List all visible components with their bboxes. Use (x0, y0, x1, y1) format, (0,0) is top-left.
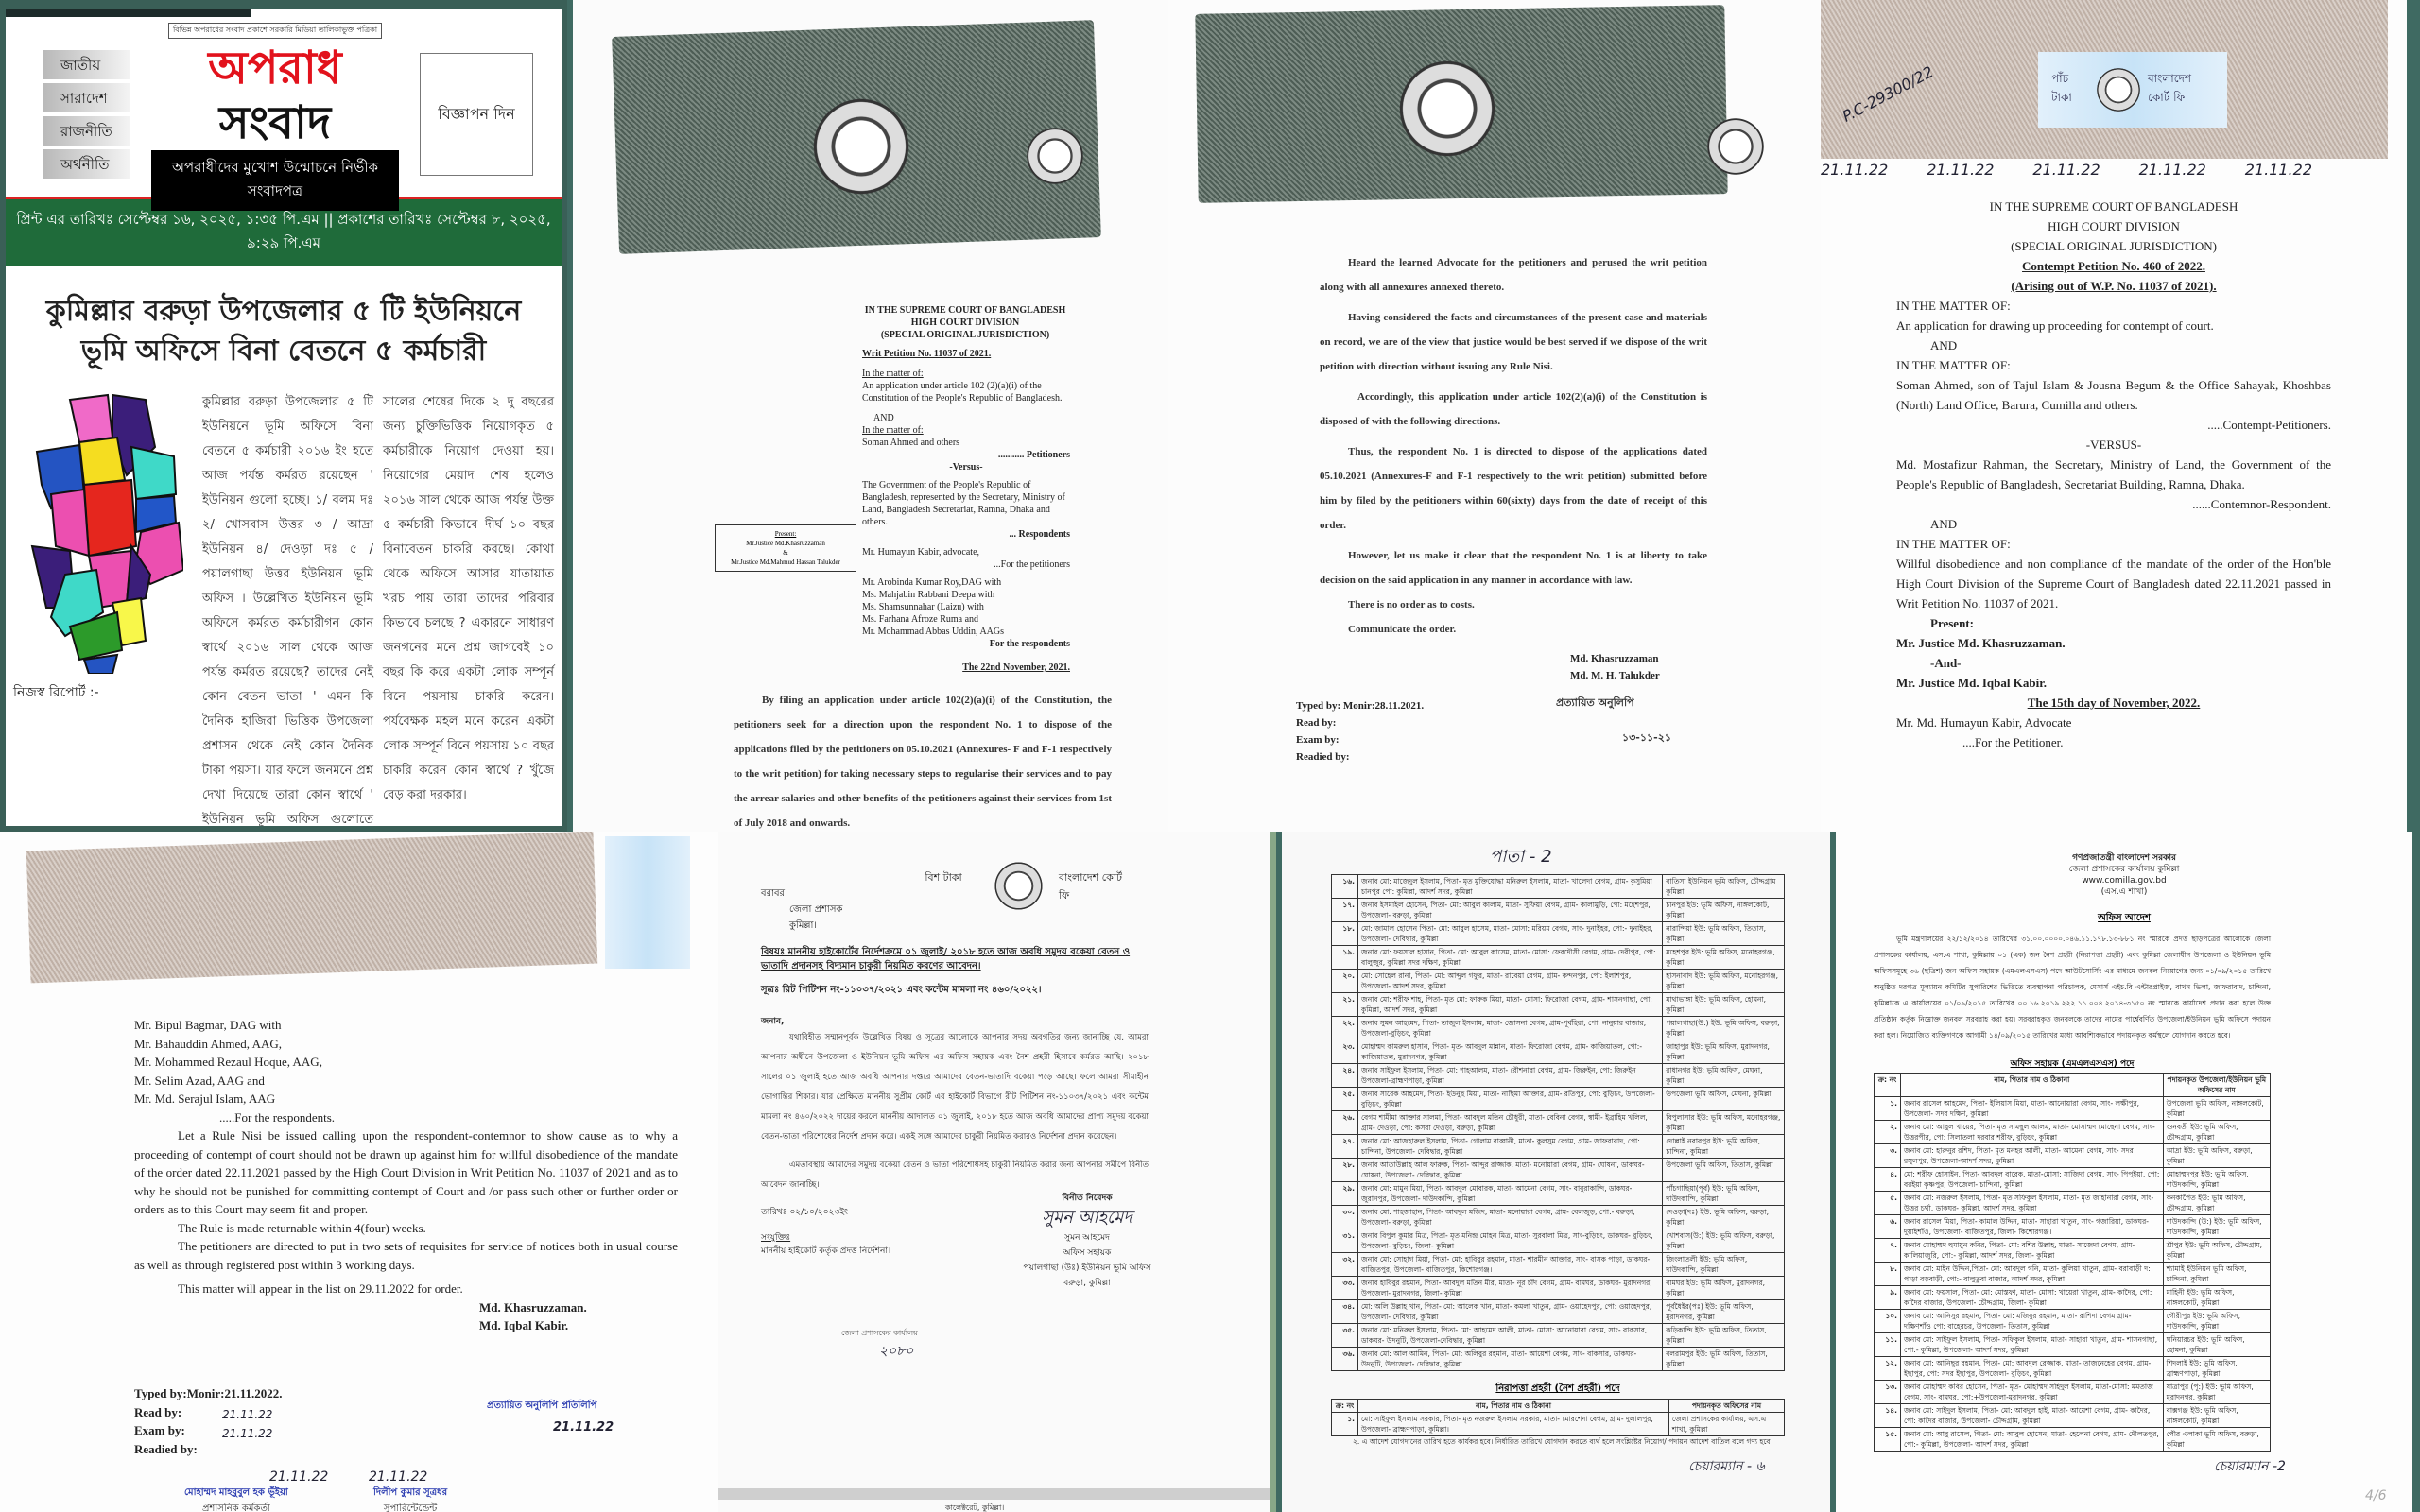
matter-text: An application for drawing up proceeding… (1896, 316, 2331, 335)
order-paragraph: Communicate the order. (1320, 617, 1707, 642)
office-order-body: ভূমি মন্ত্রণালয়ের ২২/১২/২০১৪ তারিখের ৩১… (1874, 931, 2271, 1043)
serial-cell: ২. (1875, 1121, 1901, 1144)
office-cell: উপজেলা ভূমি অফিস, মেঘনা, কুমিল্লা (1663, 1088, 1785, 1111)
for-respondents: .....For the respondents. (134, 1108, 678, 1127)
for-petitioner: ....For the Petitioner. (1896, 732, 2331, 752)
contempt-order-body: Mr. Bipul Bagmar, DAG with Mr. Bahauddin… (134, 1016, 678, 1335)
serial-cell: ৮. (1875, 1263, 1901, 1286)
name-address-cell: মো: শরীফ হোসাইন, পিতা- আবদুল বারেক, মাতা… (1901, 1168, 2164, 1192)
attachment-text: মাননীয় হাইকোর্ট কর্তৃক প্রদত্ত নির্দেশন… (761, 1244, 890, 1258)
respondent-label: ......Contemnor-Respondent. (1896, 494, 2331, 514)
table-row: ২৮.জনাব আতাউল্লাহ আল ফারুক, পিতা- আব্দুর… (1332, 1159, 1785, 1182)
respondent-counsel: Mr. Bahauddin Ahmed, AAG, (134, 1035, 678, 1054)
office-cell: জাহাপুর ইউ: ভূমি অফিস, মুরাদনগর, কুমিল্ল… (1663, 1040, 1785, 1064)
office-cell: উপজেলা ভূমি অফিস, নাঙ্গলকোট, কুমিল্লা (2163, 1097, 2270, 1121)
court-fee-label: বাংলাদেশ কোর্ট ফি (2148, 71, 2214, 109)
office-cell: দোল্লাই নবাবপুর ইউ: ভূমি অফিস, চান্দিনা,… (1663, 1135, 1785, 1159)
table-row: ১১.জনাব মো: সাইফুল ইসলাম, পিতা- সফিকুল ই… (1875, 1333, 2271, 1357)
serial-cell: ৬. (1875, 1215, 1901, 1239)
stamp-label: বাংলাদেশ কোর্ট ফি (1059, 869, 1125, 905)
returnable-paragraph: The Rule is made returnable within 4(fou… (134, 1219, 678, 1238)
serial-cell: ২২. (1332, 1017, 1358, 1040)
order-paragraphs: Heard the learned Advocate for the petit… (1320, 250, 1707, 642)
respondent-counsel: Mr. Mohammad Abbas Uddin, AAGs (862, 626, 1070, 638)
judge-name: Md. Iqbal Kabir. (134, 1316, 678, 1335)
respondents-label: ... Respondents (862, 528, 1070, 541)
name-address-cell: জনাব মোহাম্মদ হুমায়ুন কবির, পিতা- মো: ব… (1901, 1239, 2164, 1263)
seal-text: প্রত্যায়িত অনুলিপি (1556, 695, 1671, 713)
serial-cell: ২৭. (1332, 1135, 1358, 1159)
headline: কুমিল্লার বরুড়া উপজেলার ৫ টি ইউনিয়নে ভ… (6, 266, 562, 390)
government-name: গণপ্রজাতন্ত্রী বাংলাদেশ সরকার (1836, 852, 2412, 864)
name-address-cell: জনাব মো: সাইদুল ইসলাম, পিতা- মো: আবদুল হ… (1901, 1404, 2164, 1428)
hand-date: 21.11.22 (269, 1469, 328, 1485)
office-cell: পূর্বধৈইর(পঃ) ইউ: ভূমি অফিস, মুরাদনগর, ক… (1663, 1300, 1785, 1324)
office-name: জেলা প্রশাসকের কার্যালয় কুমিল্লা (1836, 864, 2412, 875)
and-label: AND (1896, 335, 2331, 355)
contempt-petition-body: IN THE SUPREME COURT OF BANGLADESH HIGH … (1896, 197, 2331, 752)
arising-from: (Arising out of W.P. No. 11037 of 2021). (1896, 276, 2331, 296)
writ-matter: Writ Petition No. 11037 of 2021. In the … (862, 348, 1070, 674)
office-order-title: অফিস আদেশ (1836, 911, 2412, 927)
document-collage: জাতীয় সারাদেশ রাজনীতি অর্থনীতি বিভিন্ন … (0, 0, 2420, 1512)
judge-name: Mr.Justice Md.Khasruzzaman (719, 539, 852, 548)
sender-name: সুমন আহমেদ (1002, 1230, 1172, 1246)
serial-cell: ১১. (1875, 1333, 1901, 1357)
addressee-location: কুমিল্লা। (761, 919, 842, 935)
order-paragraph: Accordingly, this application under arti… (1320, 385, 1707, 434)
guard-table: ক্র: নংনাম, পিতার নাম ও ঠিকানাপদায়নকৃত … (1331, 1399, 1785, 1436)
name-address-cell: মো: সোহেল রানা, পিতা- মো: আব্দুল গফুর, ম… (1358, 970, 1663, 993)
name-address-cell: জনাব মো: সোহাগ মিয়া, পিতা- মো: হাবিবুর … (1358, 1253, 1663, 1277)
sender-location: বরুড়া, কুমিল্লা (1002, 1276, 1172, 1291)
judge-name: Mr. Justice Md. Iqbal Kabir. (1896, 673, 2331, 693)
table-row: ১৪.জনাব মো: সাইদুল ইসলাম, পিতা- মো: আবদু… (1875, 1404, 2271, 1428)
court-stamp-paper (26, 832, 598, 983)
table-row: ৫.জনাব মো: নজরুল ইসলাম, পিতা- মৃত সফিকুল… (1875, 1192, 2271, 1215)
serial-cell: ২৫. (1332, 1088, 1358, 1111)
versus-label: -VERSUS- (1896, 435, 2331, 455)
column-header: নাম, পিতার নাম ও ঠিকানা (1358, 1400, 1669, 1413)
hand-date: 21.11.22 (1927, 161, 1994, 179)
court-fee-value: পাঁচ টাকা (2051, 71, 2089, 109)
table-row: ১.মো: সাইফুল ইসলাম সরকার, পিতা- মৃত নজরু… (1332, 1413, 1785, 1436)
order-date: The 22nd November, 2021. (862, 661, 1070, 674)
masthead: জাতীয় সারাদেশ রাজনীতি অর্থনীতি বিভিন্ন … (6, 17, 562, 197)
name-address-cell: জনাব রাসেল মিয়া, পিতা- কামাল উদ্দিন, মা… (1901, 1215, 2164, 1239)
present-title: Present: (719, 529, 852, 539)
name-address-cell: জনাব মো: শাহজাহান, পিতা- আবদুল মজিদ, মাত… (1358, 1206, 1663, 1229)
appointment-table: ১৬.জনাব মো: মাজেদুল ইসলাম, পিতা- মৃত মুক… (1331, 874, 1785, 1371)
judge-name: Md. Khasruzzaman. (134, 1298, 678, 1317)
table-row: ২.জনাব মো: আবুল খায়ের, পিতা- মৃত সামছুল… (1875, 1121, 2271, 1144)
matter-text: An application under article 102 (2)(a)(… (862, 380, 1070, 404)
name-address-cell: জনাব বিপুল কুমার মিত্র, পিতা- মৃত মনিন্দ… (1358, 1229, 1663, 1253)
letter-body-paragraph: যথাবিহীত সম্মানপূর্বক উল্লেখিত বিষয় ও স… (761, 1028, 1149, 1147)
seal-date: ১৩-১১-২১ (1622, 730, 1671, 747)
stamp-seal-icon (1707, 113, 1764, 180)
petitioner-text: Soman Ahmed, son of Tajul Islam & Jousna… (1896, 375, 2331, 415)
certified-copy-seal: প্রত্যায়িত অনুলিপি প্রতিলিপি 21.11.22 (487, 1399, 657, 1435)
matter-label: IN THE MATTER OF: (1896, 355, 2331, 375)
petitioners-label: ........... Petitioners (862, 449, 1070, 461)
name-address-cell: জনাব মোহাম্মদ কবির হোসেন, পিতা- মৃত- মোহ… (1901, 1381, 2164, 1404)
office-cell: পৌর এলাকা ভূমি অফিস, বরুড়া, কুমিল্লা (2163, 1428, 2270, 1452)
judge-signatures: Md. Khasruzzaman Md. M. H. Talukder (1570, 650, 1660, 684)
table-header-row: ক্র: নংনাম, পিতার নাম ও ঠিকানাপদায়নকৃত … (1875, 1074, 2271, 1097)
court-fee-stamp: পাঁচ টাকা বাংলাদেশ কোর্ট ফি (2038, 52, 2227, 128)
office-cell: পাঁচগাছিয়া(পূর্ব) ইউ: ভূমি অফিস, দাউদকা… (1663, 1182, 1785, 1206)
name-address-cell: জনাব মো: ফয়সাল হাসান, পিতা- মো: আবুল কা… (1358, 946, 1663, 970)
petitioner-counsel: Mr. Humayun Kabir, advocate, (862, 546, 1070, 558)
report-byline: নিজস্ব রিপোর্ট :- (13, 681, 193, 704)
office-cell: বামঘর ইউ: ভূমি অফিস, মুরাদনগর, কুমিল্লা (1663, 1277, 1785, 1300)
name-address-cell: জনাব সুমন আহমেদ, পিতা- তাজুল ইসলাম, মাতা… (1358, 1017, 1663, 1040)
name-address-cell: জনাব সাইফুল ইসলাম, পিতা- মো: শাহআলম, মাত… (1358, 1064, 1663, 1088)
office-website[interactable]: www.comilla.gov.bd (1836, 875, 2412, 886)
order-paragraph: Having considered the facts and circumst… (1320, 305, 1707, 379)
office-cell: উপজেলা ভূমি অফিস, তিতাস, কুমিল্লা (1663, 1159, 1785, 1182)
hand-date: 21.11.22 (222, 1408, 272, 1421)
name-address-cell: জনাব মো: শরীফ শাহ, পিতা- মৃত মো: ফারুক ম… (1358, 993, 1663, 1017)
jurisdiction: (SPECIAL ORIGINAL JURISDICTION) (809, 329, 1121, 341)
advertise-box[interactable]: বিজ্ঞাপন দিন (420, 53, 533, 176)
judge-name: Md. M. H. Talukder (1570, 667, 1660, 684)
page-mark: 4/6 (2365, 1488, 2387, 1503)
table-row: ১.জনাব রাসেল আহমেদ, পিতা- ইলিয়াস মিয়া,… (1875, 1097, 2271, 1121)
table-row: ১৮.মো: জামাল হোসেন পিতা- মো: আবুল হাসেম,… (1332, 922, 1785, 946)
office-cell: বলরামপুর ইউ: ভূমি অফিস, তিতাস, কুমিল্লা (1663, 1348, 1785, 1371)
hand-date: 21.11.22 (2032, 161, 2100, 179)
name-address-cell: জনাব মো: মনিরুল ইসলাম, পিতা- মো: আহমেদ আ… (1358, 1324, 1663, 1348)
serial-cell: ১০. (1875, 1310, 1901, 1333)
seal-title: সুপারিন্টেন্ডেন্ট (373, 1502, 447, 1512)
table-row: ২০.মো: সোহেল রানা, পিতা- মো: আব্দুল গফুর… (1332, 970, 1785, 993)
order-paragraph: However, let us make it clear that the r… (1320, 543, 1707, 593)
writ-header: IN THE SUPREME COURT OF BANGLADESH HIGH … (809, 304, 1121, 341)
officer-seal: মোহাম্মদ মাহবুবুল হক ভূঁইয়া প্রশাসনিক ক… (184, 1486, 288, 1512)
category-politics[interactable]: রাজনীতি (43, 116, 130, 146)
petitioners-label: .....Contempt-Petitioners. (1896, 415, 2331, 435)
column-header: পদায়নকৃত উপজেলা/ইউনিয়ন ভূমি অফিসের নাম (2163, 1074, 2270, 1097)
category-country[interactable]: সারাদেশ (43, 83, 130, 112)
name-address-cell: জনাব মো: আবুল খায়ের, পিতা- মৃত সামছুল আ… (1901, 1121, 2164, 1144)
office-cell: বাতিসা ইউনিয়ন ভূমি অফিস, চৌদ্দগ্রাম কুম… (1663, 875, 1785, 899)
contempt-order-page: Mr. Bipul Bagmar, DAG with Mr. Bahauddin… (0, 832, 718, 1512)
serial-cell: ১. (1875, 1097, 1901, 1121)
scan-edge (718, 1488, 1276, 1500)
article-column-2: সালের শেষের দিকে ২ দু বছরের জন্য চুক্তিভ… (383, 390, 554, 832)
judge-name: Mr. Justice Md. Khasruzzaman. (1896, 633, 2331, 653)
serial-cell: ২৮. (1332, 1159, 1358, 1182)
respondent-counsel: Mr. Mohammed Rezaul Hoque, AAG, (134, 1053, 678, 1072)
hand-date: 21.11.22 (369, 1469, 427, 1485)
office-cell: শ্যামাই ইউনিয়ন ভূমি অফিস, চান্দিনা, কুম… (2163, 1263, 2270, 1286)
readied-by: Readied by: (134, 1440, 283, 1459)
respondent-counsel: Mr. Md. Serajul Islam, AAG (134, 1090, 678, 1108)
office-cell: হাসনাবাদ ইউ: ভূমি অফিস, মনোহরগঞ্জ, কুমিল… (1663, 970, 1785, 993)
sender-office: পয়ালগাছা (উঃ) ইউনিয়ন ভূমি অফিস (1002, 1261, 1172, 1276)
serial-cell: ১২. (1875, 1357, 1901, 1381)
serial-cell: ৩৪. (1332, 1300, 1358, 1324)
seal-name: মোহাম্মদ মাহবুবুল হক ভূঁইয়া (184, 1486, 288, 1502)
table-row: ২৭.জনাব মো: আজহারুল ইসলাম, পিতা- গোলাম র… (1332, 1135, 1785, 1159)
table-row: ১৭.জনাব ইসমাইল হোসেন, পিতা- মো: আবুল কাল… (1332, 899, 1785, 922)
office-cell: শ্রীপুর ইউ: ভূমি অফিস, চৌদ্দগ্রাম, কুমিল… (2163, 1239, 2270, 1263)
serial-cell: ৩১. (1332, 1229, 1358, 1253)
logo-black-word: সংবাদ (219, 96, 331, 149)
and-label: AND (862, 412, 1070, 424)
hand-date: 21.11.22 (487, 1420, 657, 1435)
seal-name: দিলীপ কুমার সূত্রধর (373, 1486, 447, 1502)
table-row: ২৯.জনাব মো: মামুন মিয়া, পিতা- আবদুল মোব… (1332, 1182, 1785, 1206)
and-label: AND (1896, 514, 2331, 534)
name-address-cell: জনাব আতাউল্লাহ আল ফারুক, পিতা- আব্দুর রা… (1358, 1159, 1663, 1182)
respondent-counsel: Mr. Bipul Bagmar, DAG with (134, 1016, 678, 1035)
name-address-cell: জনাব মো: আনিসুর রহমান, পিতা- মো: মজিবুর … (1901, 1310, 2164, 1333)
column-header: পদায়নকৃত অফিসের নাম (1668, 1400, 1784, 1413)
table-row: ৩৪.মো: অলি উল্লাহ খান, পিতা- মো: আলেক খা… (1332, 1300, 1785, 1324)
contempt-petition-page: পাঁচ টাকা বাংলাদেশ কোর্ট ফি P.C-29300/22… (1821, 0, 2407, 832)
serial-cell: ১৩. (1875, 1381, 1901, 1404)
table-row: ১৫.জনাব মো: আবু রাসেল, পিতা- মো: আবুল হো… (1875, 1428, 2271, 1452)
respondent-counsel: Ms. Farhana Afroze Ruma and (862, 613, 1070, 626)
respondent-counsel: Ms. Mahjabin Rabbani Deepa with (862, 589, 1070, 601)
category-national[interactable]: জাতীয় (43, 50, 130, 79)
table-row: ২৫.জনাব সারেক আহমেদ, পিতা- ইউনুছ মিয়া, … (1332, 1088, 1785, 1111)
slogan: অপরাধীদের মুখোশ উন্মোচনে নির্ভীক সংবাদপত… (151, 150, 399, 211)
logo-title: অপরাধ সংবাদ (151, 41, 399, 150)
cumilla-map-image (13, 390, 183, 674)
office-cell: জিংলাতলী ইউ: ভূমি অফিস, দাউদকান্দি, কুমি… (1663, 1253, 1785, 1277)
order-paragraph: Thus, the respondent No. 1 is directed t… (1320, 439, 1707, 538)
matter-label: IN THE MATTER OF: (1896, 296, 2331, 316)
court-name: IN THE SUPREME COURT OF BANGLADESH (809, 304, 1121, 317)
order-note: ২. এ আদেশ যোগদানের তারিখ হতে কার্যকর হবে… (1353, 1436, 1788, 1448)
office-assistant-table: ক্র: নংনাম, পিতার নাম ও ঠিকানাপদায়নকৃত … (1874, 1073, 2271, 1452)
office-cell: শিদলাই ইউ: ভূমি অফিস, ব্রাহ্মণপাড়া, কুম… (2163, 1357, 2270, 1381)
hand-date: 21.11.22 (2245, 161, 2312, 179)
table-title: অফিস সহায়ক (এমএলএসএস) পদে (1836, 1057, 2308, 1071)
office-cell: দেওড়া(দঃ) ইউ: ভূমি অফিস, বরুড়া, কুমিল্… (1663, 1206, 1785, 1229)
name-address-cell: জনাব মো: মাইন উদ্দিন,পিতা- মো: আবদুল গনি… (1901, 1263, 2164, 1286)
table-row: ২৩.মোহাম্মদ কামরুল হাসান, পিতা- মৃত- আবদ… (1332, 1040, 1785, 1064)
receipt-number: ২০৮০ (841, 1340, 918, 1363)
column-header: নাম, পিতার নাম ও ঠিকানা (1901, 1074, 2164, 1097)
emblem-icon (2095, 66, 2142, 113)
addressee: বরাবর জেলা প্রশাসক কুমিল্লা। (761, 886, 842, 935)
table-row: ২২.জনাব সুমন আহমেদ, পিতা- তাজুল ইসলাম, ম… (1332, 1017, 1785, 1040)
court-name: IN THE SUPREME COURT OF BANGLADESH (1896, 197, 2331, 216)
office-cell: মাহিনী ইউ: ভূমি অফিস, নাঙ্গলকোট, কুমিল্ল… (2163, 1286, 2270, 1310)
table-row: ২১.জনাব মো: শরীফ শাহ, পিতা- মৃত মো: ফারু… (1332, 993, 1785, 1017)
respondent-counsel: Ms. Shamsunnahar (Laizu) with (862, 601, 1070, 613)
office-cell: মোহাম্মদপুর ইউ: ভূমি অফিস, দাউদকান্দি, ক… (2163, 1168, 2270, 1192)
order-paragraph: There is no order as to costs. (1320, 593, 1707, 617)
matter-label: IN THE MATTER OF: (1896, 534, 2331, 554)
category-economy[interactable]: অর্থনীতি (43, 149, 130, 179)
order-date: The 15th day of November, 2022. (1896, 693, 2331, 713)
serial-cell: ৩০. (1332, 1206, 1358, 1229)
respondent-text: The Government of the People's Republic … (862, 479, 1070, 528)
writ-petition-page: IN THE SUPREME COURT OF BANGLADESH HIGH … (573, 0, 1168, 832)
serial-cell: ১৪. (1875, 1404, 1901, 1428)
table-row: ৩২.জনাব মো: সোহাগ মিয়া, পিতা- মো: হাবিব… (1332, 1253, 1785, 1277)
office-order-header: গণপ্রজাতন্ত্রী বাংলাদেশ সরকার জেলা প্রশা… (1836, 852, 2412, 898)
serial-cell: ৩৫. (1332, 1324, 1358, 1348)
order-paragraph: Heard the learned Advocate for the petit… (1320, 250, 1707, 300)
serial-cell: ৩৬. (1332, 1348, 1358, 1371)
logo-tagline: বিভিন্ন অপরাধের সংবাদ প্রকাশে সরকারি মিড… (168, 23, 382, 39)
table-row: ৩০.জনাব মো: শাহজাহান, পিতা- আবদুল মজিদ, … (1332, 1206, 1785, 1229)
present-judges-box: Present: Mr.Justice Md.Khasruzzaman & Mr… (715, 524, 856, 572)
serial-cell: ৩. (1875, 1144, 1901, 1168)
name-address-cell: মো: সাইফুল ইসলাম সরকার, পিতা- মৃত নজরুল … (1358, 1413, 1669, 1436)
salutation: জনাব, (761, 1014, 784, 1028)
sender-designation: অফিস সহায়ক (1002, 1246, 1172, 1261)
table-row: ৮.জনাব মো: মাইন উদ্দিন,পিতা- মো: আবদুল গ… (1875, 1263, 2271, 1286)
table-row: ৩১.জনাব বিপুল কুমার মিত্র, পিতা- মৃত মনি… (1332, 1229, 1785, 1253)
office-cell: আদ্রা ইউ: ভূমি অফিস, বরুড়া, কুমিল্লা (2163, 1144, 2270, 1168)
serial-cell: ১৯. (1332, 946, 1358, 970)
superintendent-seal: দিলীপ কুমার সূত্রধর সুপারিন্টেন্ডেন্ট (373, 1486, 447, 1512)
guard-section-title: নিরাপত্তা প্রহরী (নৈশ প্রহরী) পদে (1331, 1382, 1785, 1398)
hand-date: 21.11.22 (2139, 161, 2206, 179)
seal-text: প্রত্যায়িত অনুলিপি প্রতিলিপি (487, 1399, 657, 1415)
office-cell: ঘনিয়ারচর ইউ: ভূমি অফিস, হোমনা, কুমিল্লা (2163, 1333, 2270, 1357)
serial-cell: ৯. (1875, 1286, 1901, 1310)
for-petitioners: ...For the petitioners (862, 558, 1070, 571)
office-cell: জেলা প্রশাসকের কার্যালয়, এস.এ শাখা, কুম… (1668, 1413, 1784, 1436)
table-row: ২৪.জনাব সাইফুল ইসলাম, পিতা- মো: শাহআলম, … (1332, 1064, 1785, 1088)
column-header: ক্র: নং (1332, 1400, 1358, 1413)
serial-cell: ৫. (1875, 1192, 1901, 1215)
page-mark: পাতা - 2 (1490, 843, 1552, 872)
serial-cell: ২০. (1332, 970, 1358, 993)
name-address-cell: জনাব মো: ফয়সাল, পিতা- মো: মোস্তফা, মাতা… (1901, 1286, 2164, 1310)
name-address-cell: মো: জামাল হোসেন পিতা- মো: আবুল হাসেম, মা… (1358, 922, 1663, 946)
office-cell: রাধানগর ইউ: ভূমি অফিস, মেঘনা, কুমিল্লা (1663, 1064, 1785, 1088)
map-column: নিজস্ব রিপোর্ট :- (13, 390, 193, 832)
table-row: ২৬.বেগম শামীমা আক্তার সালমা, পিতা- আবদুল… (1332, 1111, 1785, 1135)
writ-body-paragraph: By filing an application under article 1… (734, 688, 1112, 832)
handwritten-dates: 21.11.22 21.11.22 21.11.22 21.11.22 21.1… (1821, 161, 2312, 179)
office-cell: খোশবাস(উ:) ইউ: ভূমি অফিস, বরুড়া, কুমিল্… (1663, 1229, 1785, 1253)
letter-subject: বিষয়ঃ মাননীয় হাইকোর্টের নির্দেশক্রমে ০… (761, 945, 1149, 973)
writ-order-page: Heard the learned Advocate for the petit… (1168, 0, 1821, 832)
table-row: ৭.জনাব মোহাম্মদ হুমায়ুন কবির, পিতা- মো:… (1875, 1239, 2271, 1263)
article-text: কুমিল্লার বরুড়া উপজেলার ৫ টি ইউনিয়নে ভ… (202, 390, 554, 832)
court-fee-emblem-icon (993, 860, 1045, 912)
newspaper-clipping: জাতীয় সারাদেশ রাজনীতি অর্থনীতি বিভিন্ন … (0, 0, 567, 832)
name-address-cell: জনাব মো: আল আমিন, পিতা- মো: অলিবুর রহমান… (1358, 1348, 1663, 1371)
letter-reference: সূত্রঃ রিট পিটিশন নং-১১০৩৭/২০২১ এবং কন্ট… (761, 983, 1149, 999)
hand-date: 21.11.22 (1821, 161, 1888, 179)
certified-copy-seal: প্রত্যায়িত অনুলিপি ১৩-১১-২১ (1556, 695, 1671, 747)
page-footer: কালেক্টরেট, কুমিল্লা। (945, 1503, 1004, 1512)
receipt-label: জেলা প্রশাসকের কার্যালয় (841, 1328, 918, 1340)
receipt-stamp: জেলা প্রশাসকের কার্যালয় ২০৮০ (841, 1328, 918, 1363)
application-letter-page: বিশ টাকা বাংলাদেশ কোর্ট ফি বরাবর জেলা প্… (718, 832, 1276, 1512)
name-address-cell: জনাব মো: সাইফুল ইসলাম, পিতা- সফিকুল ইসলা… (1901, 1333, 2164, 1357)
logo-red-word: অপরাধ (208, 42, 341, 94)
table-row: ৩.জনাব মো: হারুনুর রশিদ, পিতা- মৃত মনহর … (1875, 1144, 2271, 1168)
article-body: নিজস্ব রিপোর্ট :- কুমিল্লার বরুড়া উপজেল… (6, 390, 562, 832)
serial-cell: ২১. (1332, 993, 1358, 1017)
serial-cell: ৭. (1875, 1239, 1901, 1263)
name-address-cell: জনাব হাবিবুর রহমান, পিতা- আবদুল মতিন মীর… (1358, 1277, 1663, 1300)
name-address-cell: জনাব মো: নজরুল ইসলাম, পিতা- মৃত সফিকুল ই… (1901, 1192, 2164, 1215)
signoff: বিনীত নিবেদক (1002, 1191, 1172, 1206)
name-address-cell: মো: অলি উল্লাহ খান, পিতা- মো: আলেক খান, … (1358, 1300, 1663, 1324)
category-nav: জাতীয় সারাদেশ রাজনীতি অর্থনীতি (43, 50, 130, 179)
seal-title: প্রশাসনিক কর্মকর্তা (184, 1502, 288, 1512)
serial-cell: ২৯. (1332, 1182, 1358, 1206)
respondent-text: Md. Mostafizur Rahman, the Secretary, Mi… (1896, 455, 2331, 494)
name-address-cell: বেগম শামীমা আক্তার সালমা, পিতা- আবদুল মত… (1358, 1111, 1663, 1135)
newspaper-logo: বিভিন্ন অপরাধের সংবাদ প্রকাশে সরকারি মিড… (151, 18, 399, 211)
branch-name: (এস.এ শাখা) (1836, 886, 2412, 898)
read-by: Read by: (1296, 714, 1424, 731)
table-row: ১৯.জনাব মো: ফয়সাল হাসান, পিতা- মো: আবুল… (1332, 946, 1785, 970)
to-label: বরাবর (761, 886, 842, 902)
date-bar: প্রিন্ট এর তারিখঃ সেপ্টেম্বর ১৬, ২০২৫, ১… (6, 199, 562, 266)
matter-label: In the matter of: (862, 368, 1070, 380)
national-emblem-icon (1395, 57, 1499, 161)
serial-cell: ৩২. (1332, 1253, 1358, 1277)
judge-name: Mr.Justice Md.Mahmud Hassan Talukder (719, 558, 852, 567)
respondent-counsel: Mr. Selim Azad, AAG and (134, 1072, 678, 1091)
judge-ampersand: & (719, 548, 852, 558)
office-cell: পয়ালগাছা(উ:) ইউ: ভূমি অফিস, বরুড়া, কুম… (1663, 1017, 1785, 1040)
office-cell: দাউদকান্দি (উ:) ইউ: ভূমি অফিস, দাউদকান্দ… (2163, 1215, 2270, 1239)
table-row: ৩৫.জনাব মো: মনিরুল ইসলাম, পিতা- মো: আহমে… (1332, 1324, 1785, 1348)
versus-label: -Versus- (862, 461, 1070, 473)
matter-label-2: In the matter of: (862, 424, 1070, 437)
name-address-cell: জনাব সারেক আহমেদ, পিতা- ইউনুছ মিয়া, মাত… (1358, 1088, 1663, 1111)
office-order-page: গণপ্রজাতন্ত্রী বাংলাদেশ সরকার জেলা প্রশা… (1830, 832, 2420, 1512)
article-column-1: কুমিল্লার বরুড়া উপজেলার ৫ টি ইউনিয়নে ভ… (202, 390, 373, 832)
table-header-row: ক্র: নংনাম, পিতার নাম ও ঠিকানাপদায়নকৃত … (1332, 1400, 1785, 1413)
stamp-seal-icon (1027, 123, 1083, 189)
office-cell: মাথাভাঙ্গা ইউ: ভূমি অফিস, হোমনা, কুমিল্ল… (1663, 993, 1785, 1017)
handwritten-mark: চেয়ারম্যান - ৬ (1688, 1455, 1765, 1478)
office-cell: বিপুলাসার ইউ: ভূমি অফিস, মনোহরগঞ্জ, কুমি… (1663, 1111, 1785, 1135)
respondent-counsel: Mr. Arobinda Kumar Roy,DAG with (862, 576, 1070, 589)
name-address-cell: জনাব মো: আবু রাসেল, পিতা- মো: আবুল হোসেন… (1901, 1428, 2164, 1452)
serial-cell: ১৭. (1332, 899, 1358, 922)
judge-name: Md. Khasruzzaman (1570, 650, 1660, 667)
national-emblem-icon (809, 94, 913, 198)
table-row: ৯.জনাব মো: ফয়সাল, পিতা- মো: মোস্তফা, মা… (1875, 1286, 2271, 1310)
typed-by: Typed by:Monir:21.11.2022. (134, 1384, 283, 1403)
exam-by: Exam by: (1296, 731, 1424, 748)
office-cell: গুনবতী ইউ: ভূমি অফিস, চৌদ্দগ্রাম, কুমিল্… (2163, 1121, 2270, 1144)
serial-cell: ১. (1332, 1413, 1358, 1436)
petition-number: Writ Petition No. 11037 of 2021. (862, 348, 1070, 360)
table-row: ১৬.জনাব মো: মাজেদুল ইসলাম, পিতা- মৃত মুক… (1332, 875, 1785, 899)
signature: সুমন আহমেদ (1002, 1206, 1172, 1230)
division-name: HIGH COURT DIVISION (809, 317, 1121, 329)
name-address-cell: জনাব মো: আজহারুল ইসলাম, পিতা- গোলাম রাব্… (1358, 1135, 1663, 1159)
serial-cell: ১৮. (1332, 922, 1358, 946)
table-row: ১০.জনাব মো: আনিসুর রহমান, পিতা- মো: মজিব… (1875, 1310, 2271, 1333)
readied-by: Readied by: (1296, 748, 1424, 765)
serial-cell: ২৪. (1332, 1064, 1358, 1088)
table-row: ১২.জনাব মো: আনিছুর রহমান, পিতা- মো: আবদু… (1875, 1357, 2271, 1381)
office-cell: কড়িকান্দি ইউ: ভূমি অফিস, তিতাস, কুমিল্ল… (1663, 1324, 1785, 1348)
hand-date: 21.11.22 (222, 1427, 272, 1440)
